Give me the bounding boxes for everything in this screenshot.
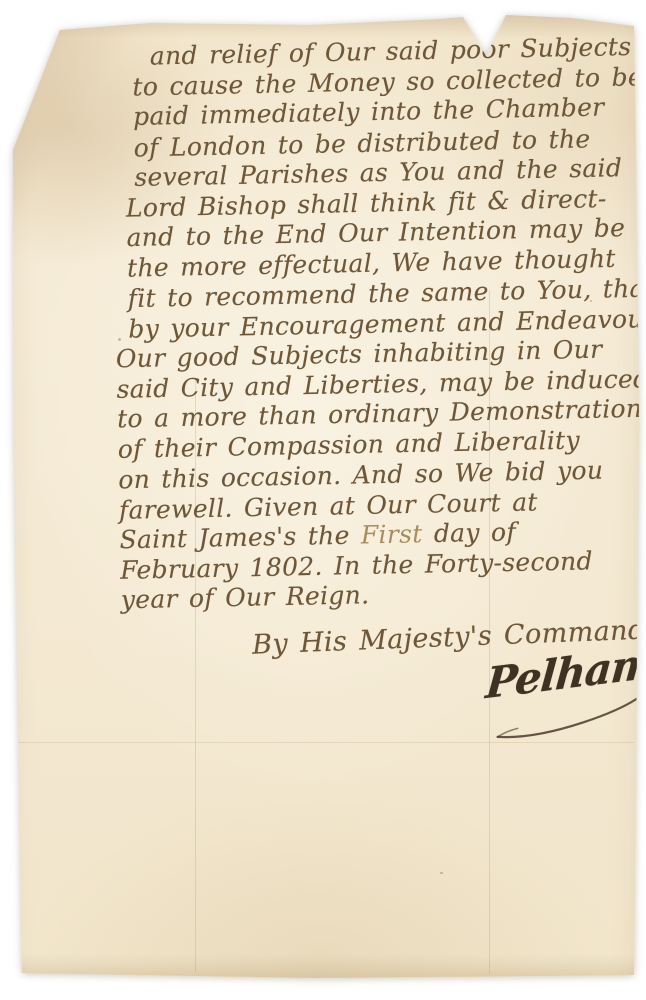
manuscript-text-segment: First: [361, 519, 423, 549]
ink-speck: [440, 872, 443, 874]
paper-shadow: and relief of Our said poor Subjects and…: [0, 0, 646, 1000]
manuscript-text-segment: day of: [422, 517, 516, 548]
signature: Pelham: [483, 641, 646, 750]
manuscript-text-segment: Saint James's the: [119, 520, 361, 554]
photo-background: and relief of Our said poor Subjects and…: [0, 0, 646, 1000]
manuscript-body-text: and relief of Our said poor Subjects and…: [110, 32, 646, 616]
manuscript-page: and relief of Our said poor Subjects and…: [0, 0, 646, 1000]
paper-edge-toning-bottom: [0, 954, 646, 980]
manuscript-text-segment: year of Our Reign.: [121, 581, 370, 615]
